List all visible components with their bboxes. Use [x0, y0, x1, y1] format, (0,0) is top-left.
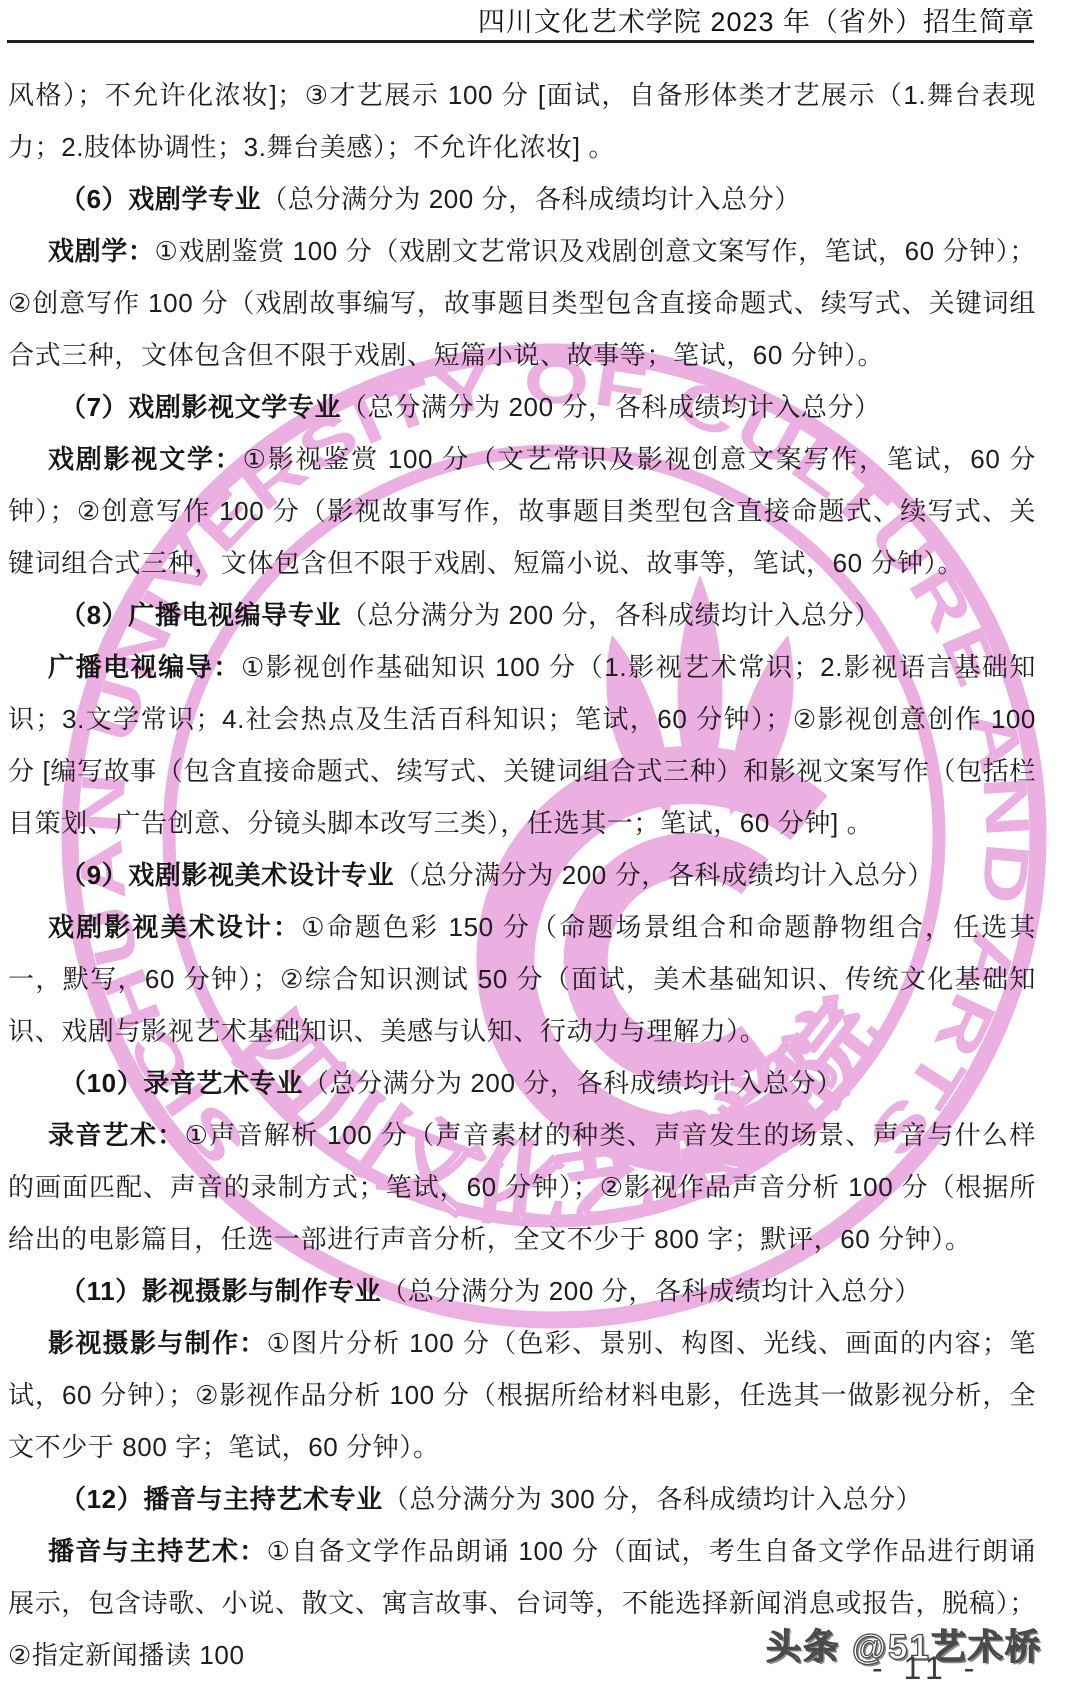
paragraph-lead: 影视摄影与制作： [48, 1328, 267, 1358]
section-heading-6: （6）戏剧学专业（总分满分为 200 分，各科成绩均计入总分） [8, 173, 1036, 225]
paragraph-lead: 戏剧影视文学： [48, 444, 243, 474]
paragraph: 录音艺术：①声音解析 100 分（声音素材的种类、声音发生的场景、声音与什么样的… [8, 1109, 1036, 1265]
paragraph: 戏剧学：①戏剧鉴赏 100 分（戏剧文艺常识及戏剧创意文案写作，笔试，60 分钟… [8, 225, 1036, 381]
paragraph-continuation: 风格）；不允许化浓妆]；③才艺展示 100 分 [面试，自备形体类才艺展示（1.… [8, 69, 1036, 173]
document-page: SICHUAN UNIVERSITY OF CULTURE AND ARTS 四… [0, 0, 1080, 1681]
paragraph-lead: （9）戏剧影视美术设计专业 [60, 860, 394, 890]
paragraph-lead: （8）广播电视编导专业 [60, 600, 341, 630]
paragraph-lead: （6）戏剧学专业 [60, 184, 261, 214]
paragraph-lead: （10）录音艺术专业 [60, 1068, 303, 1098]
paragraph-text: 风格）；不允许化浓妆]；③才艺展示 100 分 [面试，自备形体类才艺展示（1.… [8, 80, 1036, 162]
paragraph-lead: 录音艺术： [48, 1120, 185, 1150]
header-rule [7, 40, 1034, 43]
section-heading-12: （12）播音与主持艺术专业（总分满分为 300 分，各科成绩均计入总分） [8, 1473, 1036, 1525]
paragraph: 广播电视编导：①影视创作基础知识 100 分（1.影视艺术常识；2.影视语言基础… [8, 641, 1036, 849]
paragraph-lead: （12）播音与主持艺术专业 [60, 1484, 383, 1514]
paragraph: 影视摄影与制作：①图片分析 100 分（色彩、景别、构图、光线、画面的内容；笔试… [8, 1317, 1036, 1473]
paragraph-lead: 广播电视编导： [48, 652, 241, 682]
paragraph-text: （总分满分为 200 分，各科成绩均计入总分） [381, 1276, 921, 1306]
paragraph-text: （总分满分为 200 分，各科成绩均计入总分） [394, 860, 934, 890]
page-number: - 11 - [872, 1650, 980, 1681]
paragraph-lead: 播音与主持艺术： [48, 1536, 267, 1566]
page-header-title: 四川文化艺术学院 2023 年（省外）招生简章 [478, 7, 1035, 37]
document-body: 风格）；不允许化浓妆]；③才艺展示 100 分 [面试，自备形体类才艺展示（1.… [8, 69, 1036, 1681]
paragraph-text: （总分满分为 300 分，各科成绩均计入总分） [383, 1484, 923, 1514]
section-heading-8: （8）广播电视编导专业（总分满分为 200 分，各科成绩均计入总分） [8, 589, 1036, 641]
paragraph-text: （总分满分为 200 分，各科成绩均计入总分） [261, 184, 801, 214]
paragraph-text: （总分满分为 200 分，各科成绩均计入总分） [303, 1068, 843, 1098]
section-heading-7: （7）戏剧影视文学专业（总分满分为 200 分，各科成绩均计入总分） [8, 381, 1036, 433]
paragraph-lead: （11）影视摄影与制作专业 [60, 1276, 381, 1306]
paragraph-text: （总分满分为 200 分，各科成绩均计入总分） [341, 392, 881, 422]
section-heading-11: （11）影视摄影与制作专业（总分满分为 200 分，各科成绩均计入总分） [8, 1265, 1036, 1317]
paragraph: 戏剧影视美术设计：①命题色彩 150 分（命题场景组合和命题静物组合，任选其一，… [8, 901, 1036, 1057]
paragraph-lead: 戏剧影视美术设计： [48, 912, 301, 942]
paragraph-lead: （7）戏剧影视文学专业 [60, 392, 341, 422]
paragraph-text: （总分满分为 200 分，各科成绩均计入总分） [341, 600, 881, 630]
section-heading-10: （10）录音艺术专业（总分满分为 200 分，各科成绩均计入总分） [8, 1057, 1036, 1109]
paragraph-text: ①戏剧鉴赏 100 分（戏剧文艺常识及戏剧创意文案写作，笔试，60 分钟）；②创… [8, 236, 1036, 370]
paragraph: 戏剧影视文学：①影视鉴赏 100 分（文艺常识及影视创意文案写作，笔试，60 分… [8, 433, 1036, 589]
paragraph-lead: 戏剧学： [48, 236, 154, 266]
section-heading-9: （9）戏剧影视美术设计专业（总分满分为 200 分，各科成绩均计入总分） [8, 849, 1036, 901]
